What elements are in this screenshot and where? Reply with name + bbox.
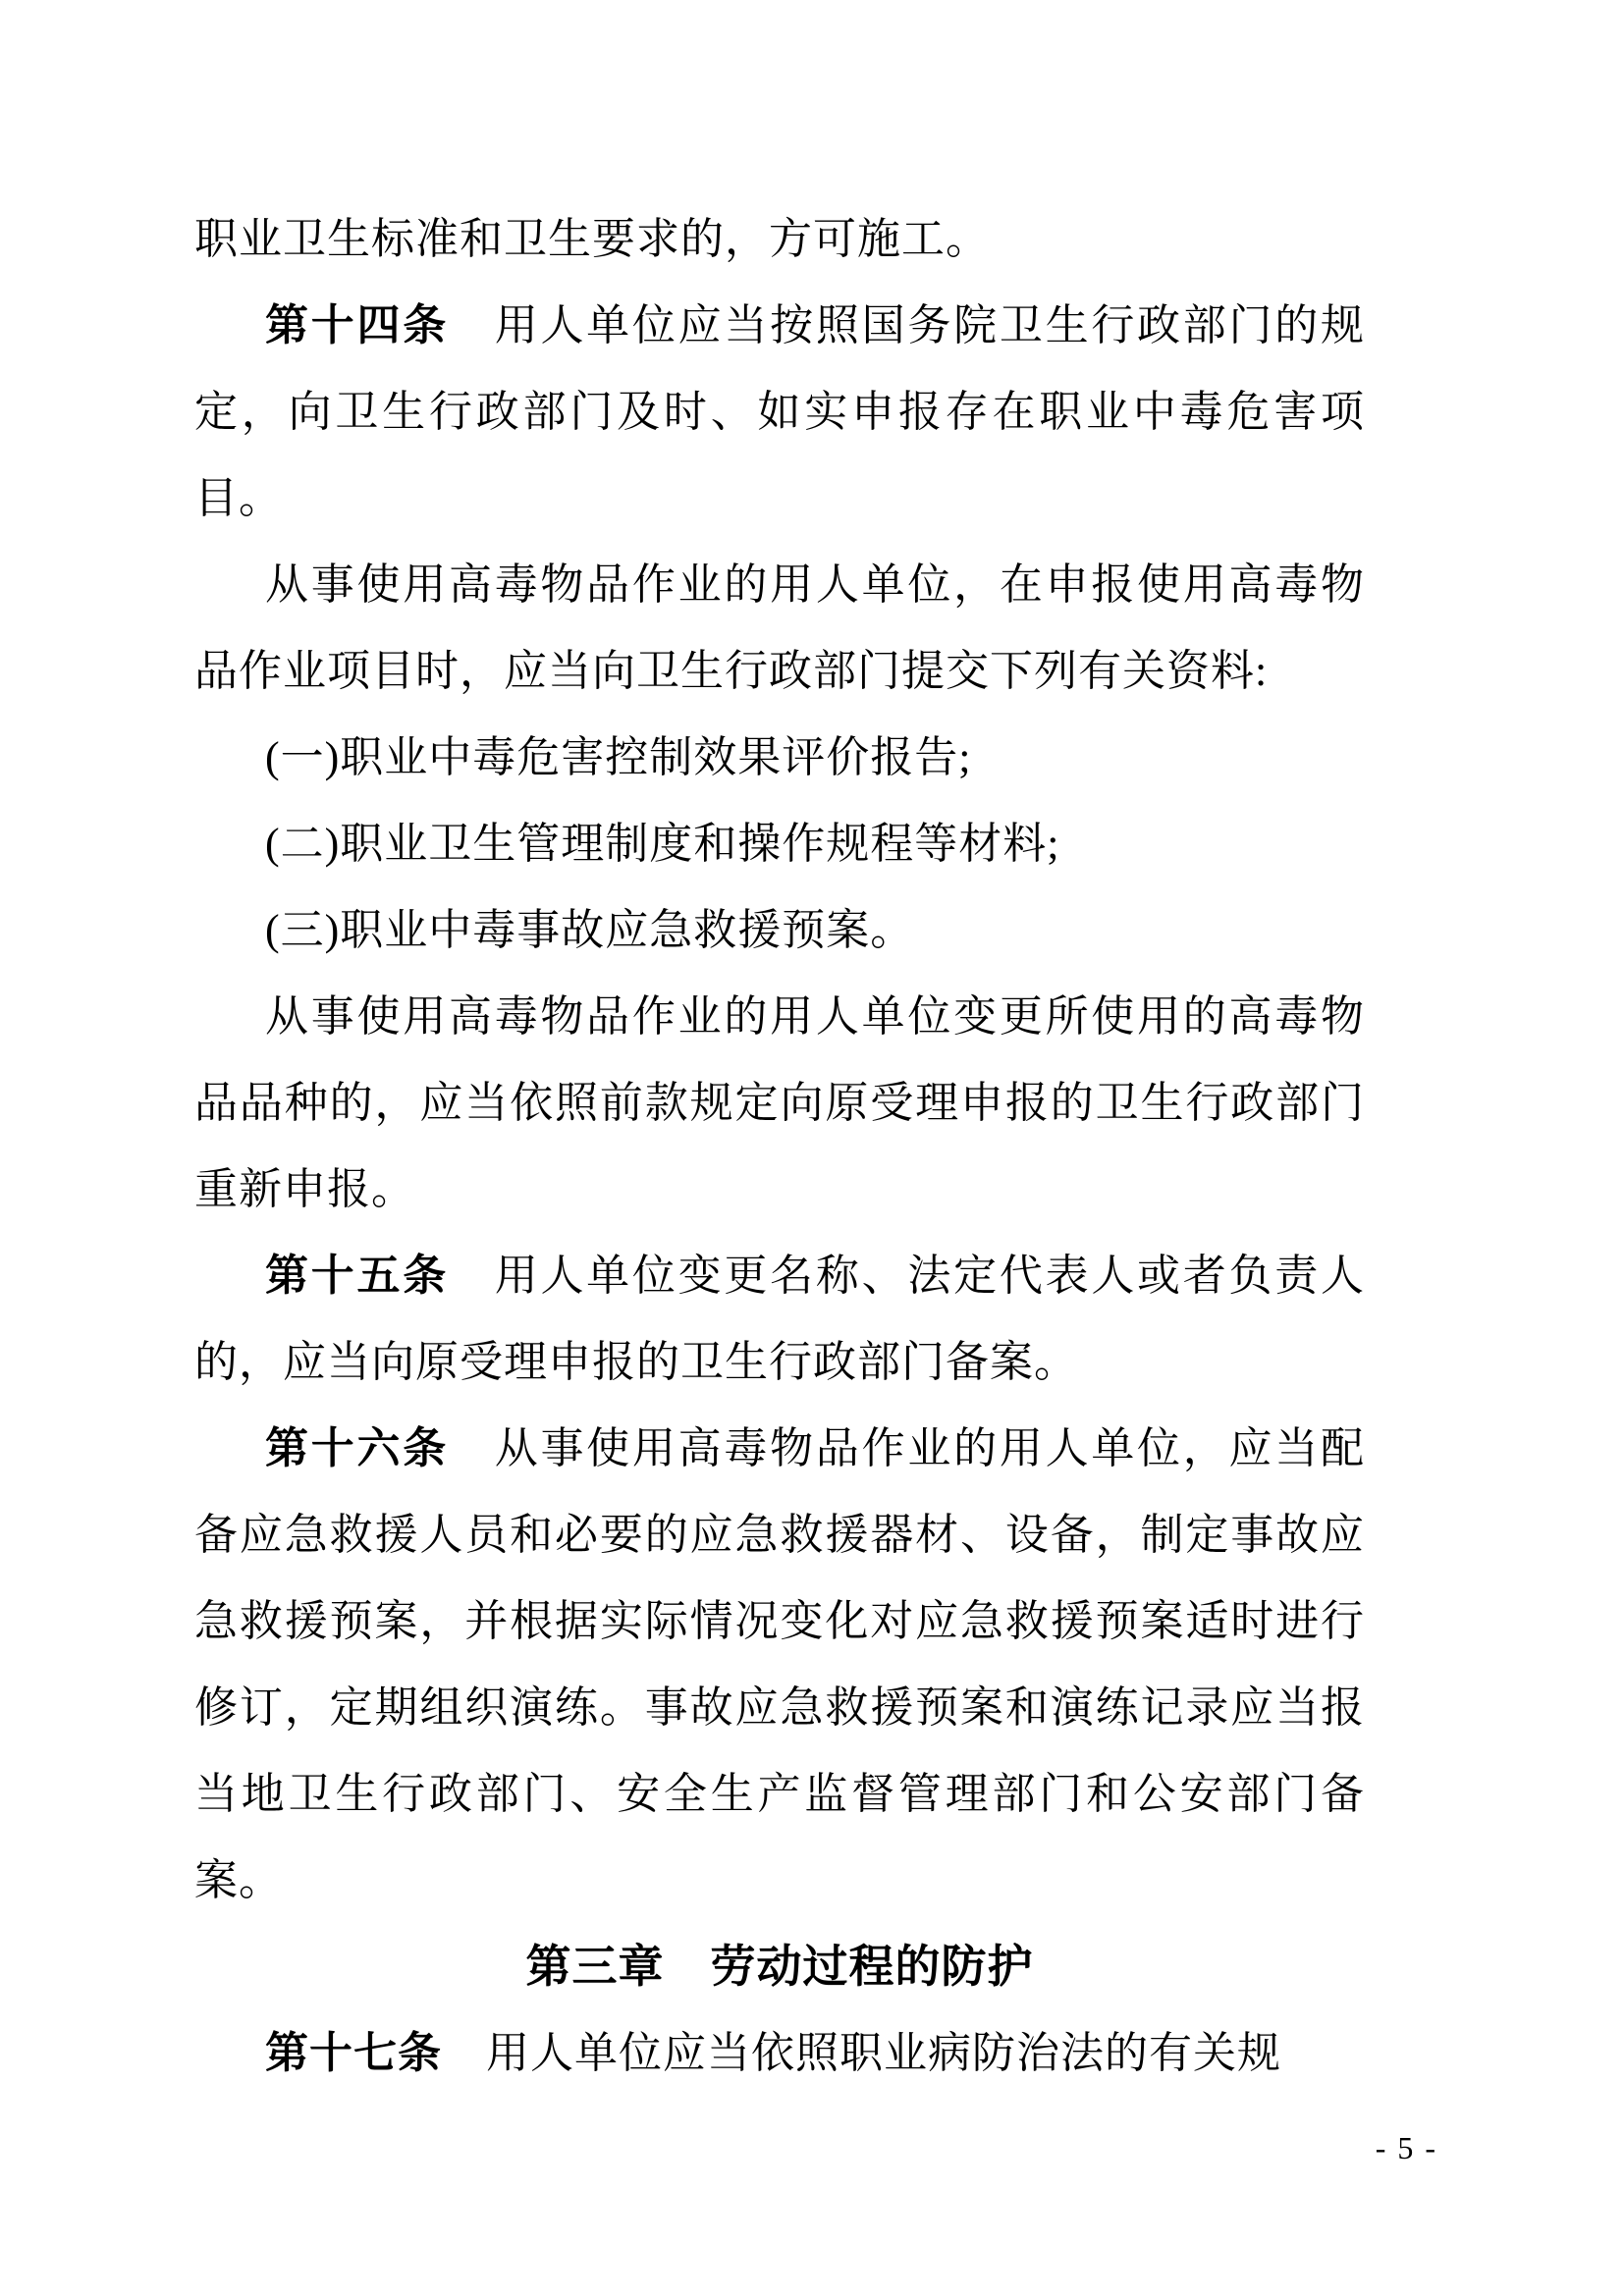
article-16-text: 从事使用高毒物品作业的用人单位，应当配备应急救援人员和必要的应急救援器材、设备，… [194, 1424, 1365, 1904]
list-item-1-text: (一)职业中毒危害控制效果评价报告; [265, 733, 972, 781]
page-number: - 5 - [1376, 2130, 1437, 2166]
article-14-number: 第十四条 [265, 301, 449, 349]
list-item-2: (二)职业卫生管理制度和操作规程等材料; [194, 801, 1365, 887]
article-16-number: 第十六条 [265, 1424, 449, 1472]
list-item-3: (三)职业中毒事故应急救援预案。 [194, 887, 1365, 974]
document-page: 职业卫生标准和卫生要求的，方可施工。 第十四条 用人单位应当按照国务院卫生行政部… [0, 0, 1624, 2296]
continuation-text: 职业卫生标准和卫生要求的，方可施工。 [194, 215, 990, 263]
article-17-number: 第十七条 [265, 2029, 442, 2077]
list-item-2-text: (二)职业卫生管理制度和操作规程等材料; [265, 820, 1060, 868]
article-16-paragraph: 第十六条 从事使用高毒物品作业的用人单位，应当配备应急救援人员和必要的应急救援器… [194, 1406, 1365, 1924]
declaration-text: 从事使用高毒物品作业的用人单位，在申报使用高毒物品作业项目时，应当向卫生行政部门… [194, 561, 1365, 695]
article-14-paragraph: 第十四条 用人单位应当按照国务院卫生行政部门的规定，向卫生行政部门及时、如实申报… [194, 283, 1365, 542]
continuation-paragraph: 职业卫生标准和卫生要求的，方可施工。 [194, 196, 1365, 283]
article-15-number: 第十五条 [265, 1252, 449, 1300]
list-item-1: (一)职业中毒危害控制效果评价报告; [194, 715, 1365, 801]
article-17-paragraph: 第十七条 用人单位应当依照职业病防治法的有关规 [194, 2010, 1365, 2097]
declaration-paragraph: 从事使用高毒物品作业的用人单位，在申报使用高毒物品作业项目时，应当向卫生行政部门… [194, 542, 1365, 715]
change-declaration-paragraph: 从事使用高毒物品作业的用人单位变更所使用的高毒物品品种的，应当依照前款规定向原受… [194, 974, 1365, 1233]
list-item-3-text: (三)职业中毒事故应急救援预案。 [265, 906, 914, 954]
article-15-paragraph: 第十五条 用人单位变更名称、法定代表人或者负责人的，应当向原受理申报的卫生行政部… [194, 1233, 1365, 1406]
chapter-3-heading: 第三章 劳动过程的防护 [194, 1924, 1365, 2010]
change-declaration-text: 从事使用高毒物品作业的用人单位变更所使用的高毒物品品种的，应当依照前款规定向原受… [194, 992, 1365, 1213]
article-17-text: 用人单位应当依照职业病防治法的有关规 [442, 2029, 1281, 2077]
document-body: 职业卫生标准和卫生要求的，方可施工。 第十四条 用人单位应当按照国务院卫生行政部… [194, 196, 1365, 2097]
